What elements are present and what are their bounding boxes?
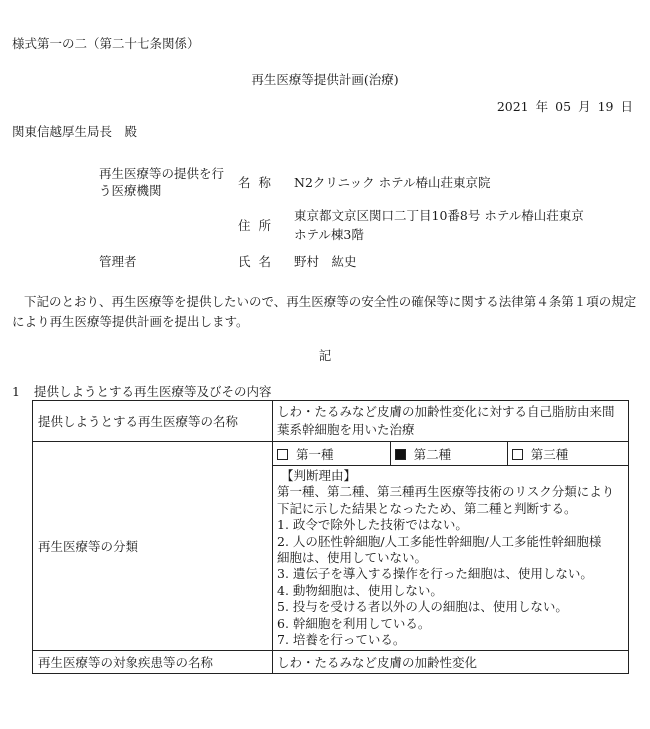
date-month-unit: 月 <box>578 99 591 114</box>
reason-line: 細胞は、使用していない。 <box>277 550 624 566</box>
reason-line: 1. 政令で除外した技術ではない。 <box>277 517 624 533</box>
reason-line: 下記に示した結果となったため、第二種と判断する。 <box>277 501 624 517</box>
treatment-table: 提供しようとする再生医療等の名称 しわ・たるみなど皮膚の加齢性変化に対する自己脂… <box>32 400 629 674</box>
document-title: 再生医療等提供計画(治療) <box>0 70 650 88</box>
section-title: 提供しようとする再生医療等及びその内容 <box>34 384 272 399</box>
address-line-1: 東京都文京区関口二丁目10番8号 ホテル椿山荘東京 <box>294 206 584 225</box>
table-row-target-disease: 再生医療等の対象疾患等の名称 しわ・たるみなど皮膚の加齢性変化 <box>33 651 629 674</box>
reason-row: 【判断理由】 第一種、第二種、第三種再生医療等技術のリスク分類により 下記に示し… <box>273 466 628 651</box>
table-row-treatment-name: 提供しようとする再生医療等の名称 しわ・たるみなど皮膚の加齢性変化に対する自己脂… <box>33 401 629 442</box>
reason-line: 4. 動物細胞は、使用しない。 <box>277 583 624 599</box>
date-day-unit: 日 <box>620 99 633 114</box>
option-type-1[interactable]: 第一種 <box>273 442 390 466</box>
date-year: 2021 <box>497 99 529 114</box>
option-type-2[interactable]: 第二種 <box>390 442 507 466</box>
classification-value: 第一種 第二種 第三種 【判断理由】 第一種、第二種、第三種再生医療等技術のリス… <box>273 442 629 651</box>
reason-line: 第一種、第二種、第三種再生医療等技術のリスク分類により <box>277 484 624 500</box>
reason-title: 【判断理由】 <box>277 468 624 484</box>
reason-line: 7. 培養を行っている。 <box>277 632 624 648</box>
section-number: 1 <box>12 384 20 399</box>
reason-line: 3. 遺伝子を導入する操作を行った細胞は、使用しない。 <box>277 566 624 582</box>
addressee: 関東信越厚生局長 殿 <box>12 122 137 140</box>
date-day: 19 <box>598 99 614 114</box>
institution-name: N2クリニック ホテル椿山荘東京院 <box>294 173 491 191</box>
address-label: 住所 <box>238 216 279 234</box>
table-row-classification: 再生医療等の分類 第一種 第二種 第三種 【判断理由】 第一種、第二種、第三種再… <box>33 442 629 651</box>
classification-label: 再生医療等の分類 <box>33 442 273 651</box>
treatment-name-value: しわ・たるみなど皮膚の加齢性変化に対する自己脂肪由来間 葉系幹細胞を用いた治療 <box>273 401 629 442</box>
checkbox-unchecked-icon[interactable] <box>512 449 523 460</box>
manager-name: 野村 紘史 <box>294 252 357 270</box>
name-label: 名称 <box>238 173 279 191</box>
judgment-reason: 【判断理由】 第一種、第二種、第三種再生医療等技術のリスク分類により 下記に示し… <box>273 466 628 651</box>
form-identifier: 様式第一の二（第二十七条関係） <box>12 34 200 52</box>
classification-inner: 第一種 第二種 第三種 【判断理由】 第一種、第二種、第三種再生医療等技術のリス… <box>273 442 628 650</box>
date-year-unit: 年 <box>536 99 549 114</box>
target-disease-label: 再生医療等の対象疾患等の名称 <box>33 651 273 674</box>
option-label: 第三種 <box>531 447 569 462</box>
category-options-row: 第一種 第二種 第三種 <box>273 442 628 466</box>
option-label: 第一種 <box>296 447 334 462</box>
date-month: 05 <box>555 99 571 114</box>
checkbox-unchecked-icon[interactable] <box>277 449 288 460</box>
institution-section-label: 再生医療等の提供を行う医療機関 <box>99 165 229 199</box>
treatment-name-line-2: 葉系幹細胞を用いた治療 <box>277 421 624 439</box>
reason-line: 6. 幹細胞を利用している。 <box>277 616 624 632</box>
reason-line: 5. 投与を受ける者以外の人の細胞は、使用しない。 <box>277 599 624 615</box>
address-line-2: ホテル棟3階 <box>294 225 584 244</box>
option-type-3[interactable]: 第三種 <box>507 442 628 466</box>
section-1-heading: 1提供しようとする再生医療等及びその内容 <box>12 382 271 400</box>
target-disease-value: しわ・たるみなど皮膚の加齢性変化 <box>273 651 629 674</box>
submission-date: 2021年05月19日 <box>497 97 633 115</box>
reason-line: 2. 人の胚性幹細胞/人工多能性幹細胞/人工多能性幹細胞様 <box>277 534 624 550</box>
submission-statement: 下記のとおり、再生医療等を提供したいので、再生医療等の安全性の確保等に関する法律… <box>12 292 637 332</box>
ki-heading: 記 <box>0 346 650 364</box>
manager-label: 管理者 <box>99 252 137 270</box>
treatment-name-line-1: しわ・たるみなど皮膚の加齢性変化に対する自己脂肪由来間 <box>277 403 624 421</box>
option-label: 第二種 <box>414 447 452 462</box>
institution-address: 東京都文京区関口二丁目10番8号 ホテル椿山荘東京 ホテル棟3階 <box>294 206 584 244</box>
treatment-name-label: 提供しようとする再生医療等の名称 <box>33 401 273 442</box>
checkbox-checked-icon[interactable] <box>395 449 406 460</box>
person-name-label: 氏名 <box>238 252 279 270</box>
